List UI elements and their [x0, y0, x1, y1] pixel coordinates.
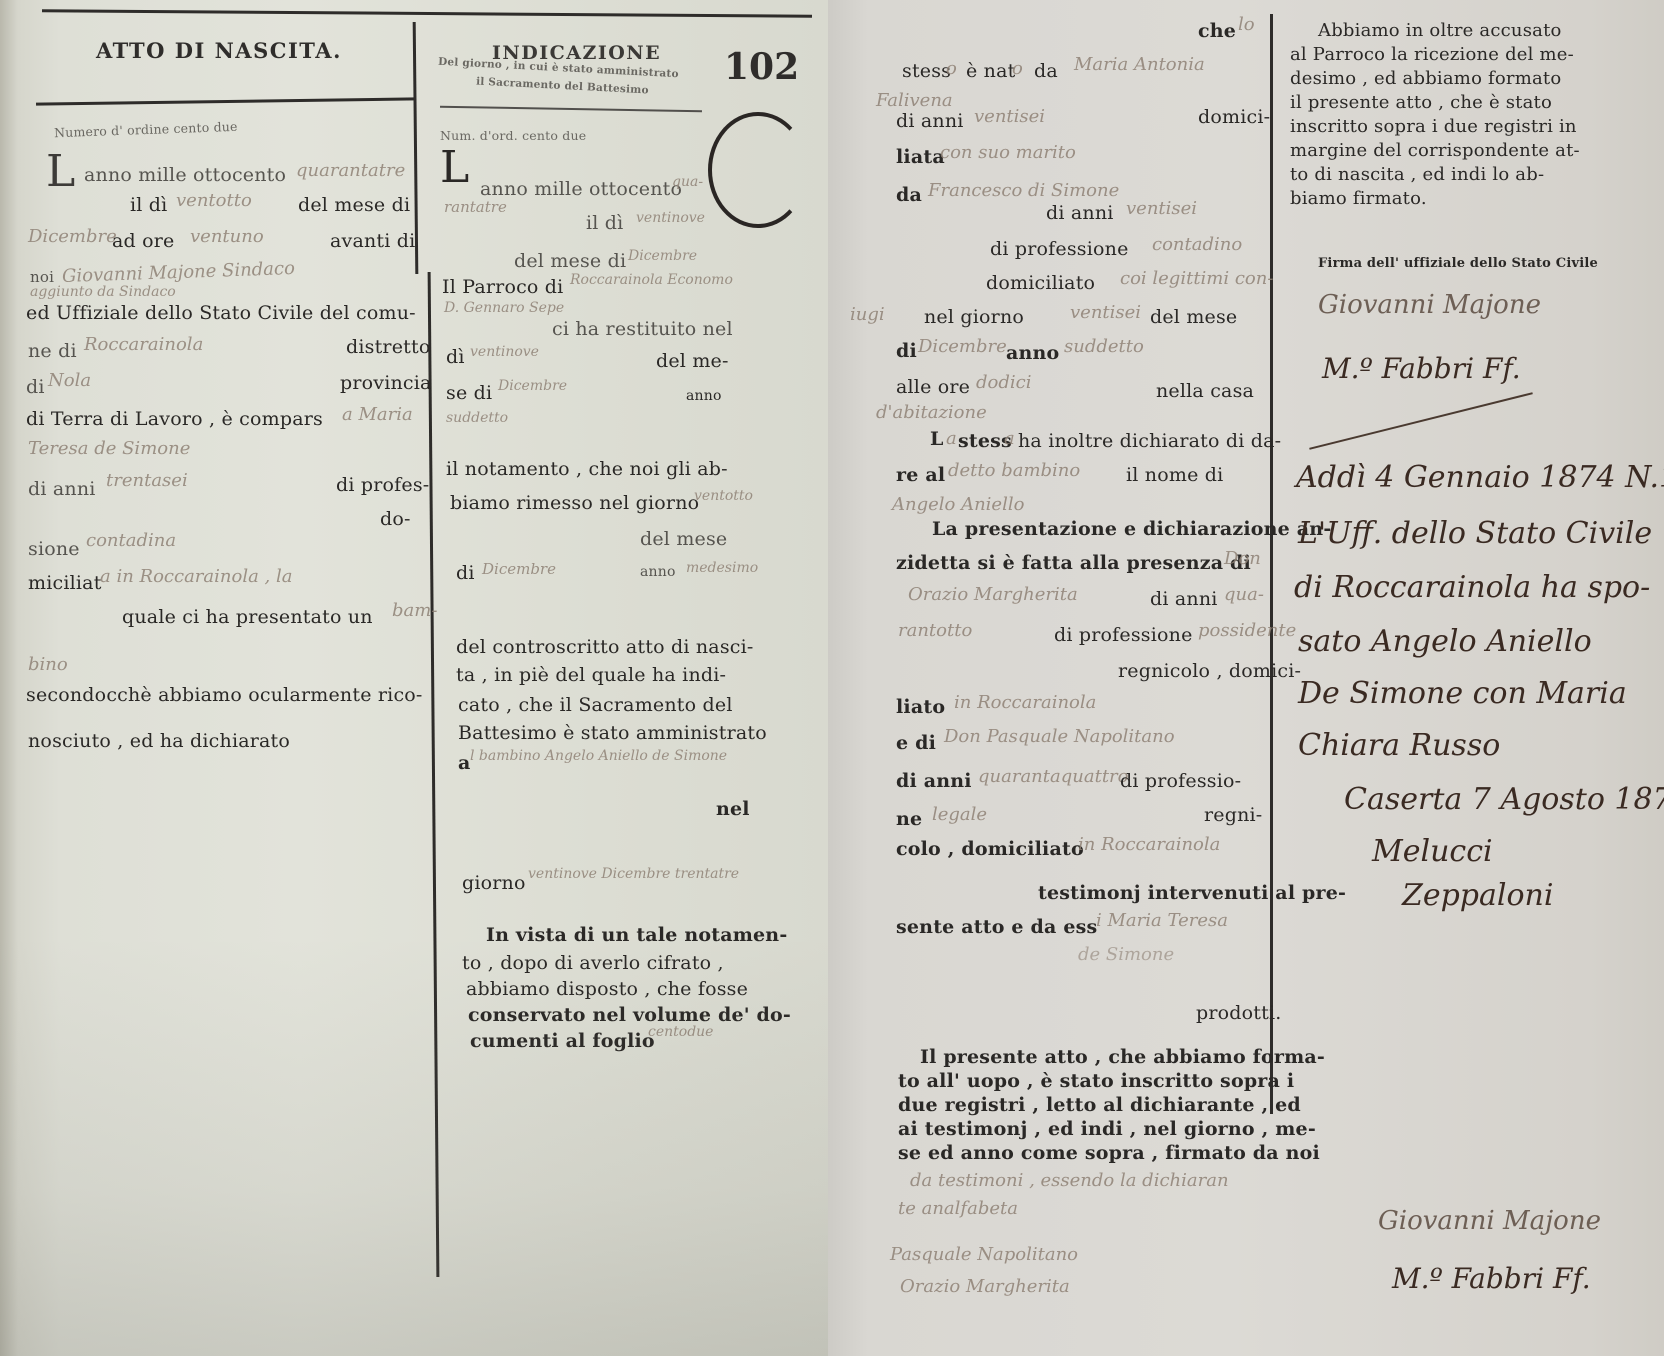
text-line: ci ha restituito nel: [552, 318, 733, 340]
text-line: se ed anno come sopra , firmato da noi: [898, 1142, 1320, 1164]
text-line: del controscritto atto di nasci-: [456, 636, 754, 658]
handwritten-entry: Falivena: [876, 90, 953, 111]
handwritten-entry: aggiunto da Sindaco: [30, 284, 176, 300]
handwritten-entry: con suo marito: [940, 142, 1076, 163]
text-line: sione: [28, 538, 80, 560]
text-line: testimonj intervenuti al pre-: [1038, 882, 1346, 904]
handwritten-entry: in Roccarainola: [1078, 834, 1220, 855]
text-line: che: [1198, 20, 1236, 42]
right-page-birth-register: che lo stess o è nat o da Maria Antonia …: [828, 0, 1664, 1356]
handwritten-entry: Roccarainola: [84, 334, 203, 355]
handwritten-entry: Maria Antonia: [1074, 54, 1205, 75]
text-line: L: [930, 428, 944, 450]
text-line: giorno: [462, 872, 526, 894]
handwritten-entry: iugi: [850, 304, 885, 325]
text-line: liato: [896, 696, 945, 718]
handwritten-entry: dodici: [976, 372, 1031, 393]
header-top-rule: [42, 9, 812, 17]
text-line: to , dopo di averlo cifrato ,: [462, 952, 724, 974]
handwritten-entry: d'abitazione: [876, 402, 987, 423]
official-signature-2: M.º Fabbri Ff.: [1322, 352, 1521, 385]
text-line: ad ore: [112, 230, 175, 252]
indicazione-rule: [440, 106, 702, 113]
handwritten-entry: Pasquale Napolitano: [890, 1244, 1078, 1265]
margin-text-line: biamo firmato.: [1290, 188, 1427, 209]
text-line: di: [26, 376, 45, 398]
column-divider-lower: [428, 272, 440, 1277]
margin-text-line: inscritto sopra i due registri in: [1290, 116, 1577, 137]
handwritten-entry: ventinove: [470, 344, 539, 360]
handwritten-entry: a Maria: [342, 404, 413, 425]
handwritten-entry: quarantatre: [296, 160, 405, 181]
text-line: miciliat: [28, 572, 102, 594]
text-line: anno mille ottocento: [84, 164, 286, 186]
text-line: nosciuto , ed ha dichiarato: [28, 730, 290, 752]
text-line: nel: [716, 798, 750, 820]
text-line: del mese di: [514, 250, 626, 272]
text-line: di anni: [1046, 202, 1114, 224]
handwritten-entry: Dicembre: [28, 226, 117, 247]
handwritten-entry: Dicembre: [498, 378, 567, 394]
text-line: zidetta si è fatta alla presenza di: [896, 552, 1251, 574]
handwritten-entry: qua-: [672, 174, 703, 190]
margin-text-line: al Parroco la ricezione del me-: [1290, 44, 1574, 65]
handwritten-entry: ventisei: [974, 106, 1045, 127]
indicazione-subtitle-2: il Sacramento del Battesimo: [476, 75, 649, 96]
annotation-line: Addì 4 Gennaio 1874 N.1: [1296, 460, 1664, 495]
signature-flourish: [1309, 392, 1533, 450]
bottom-signature-2: M.º Fabbri Ff.: [1392, 1262, 1591, 1295]
text-line: di professione: [990, 238, 1129, 260]
handwritten-entry: te analfabeta: [898, 1198, 1018, 1219]
text-line: domici-: [1198, 106, 1270, 128]
text-line: cumenti al foglio: [470, 1030, 655, 1052]
text-line: Battesimo è stato amministrato: [458, 722, 767, 744]
handwritten-entry: possidente: [1198, 620, 1296, 641]
text-line: abbiamo disposto , che fosse: [466, 978, 748, 1000]
handwritten-entry: bam-: [392, 600, 437, 621]
page-number: 102: [724, 46, 799, 88]
text-line: In vista di un tale notamen-: [486, 924, 787, 946]
handwritten-entry: Nola: [48, 370, 91, 391]
birth-act-title: ATTO DI NASCITA.: [96, 38, 342, 63]
text-line: di: [456, 562, 475, 584]
text-line: anno mille ottocento: [480, 178, 682, 200]
handwritten-entry: quarantaquattro: [978, 766, 1129, 787]
text-line: La presentazione e dichiarazione an-: [932, 518, 1331, 540]
text-line: re al: [896, 464, 945, 486]
handwritten-entry: ventinove Dicembre trentatre: [528, 866, 739, 882]
text-line: do-: [380, 508, 411, 530]
text-line: di professio-: [1120, 770, 1241, 792]
text-line: conservato nel volume de' do-: [468, 1004, 791, 1026]
handwritten-entry: rantatre: [444, 198, 507, 216]
annotation-line: L'Uff. dello Stato Civile: [1298, 516, 1652, 551]
handwritten-entry: a: [946, 428, 957, 449]
handwritten-entry: ventotto: [176, 190, 252, 211]
text-line: avanti di: [330, 230, 415, 252]
text-line: provincia: [340, 372, 432, 394]
handwritten-entry: ventotto: [694, 488, 753, 504]
handwritten-entry: da testimoni , essendo la dichiaran: [910, 1170, 1229, 1191]
handwritten-entry: centodue: [648, 1024, 713, 1040]
text-line: nel giorno: [924, 306, 1024, 328]
handwritten-entry: Don Pasquale Napolitano: [944, 726, 1175, 747]
text-line: due registri , letto al dichiarante , ed: [898, 1094, 1301, 1116]
handwritten-entry: Francesco di Simone: [928, 180, 1119, 201]
handwritten-entry: Giovanni Majone Sindaco: [62, 258, 296, 287]
margin-divider: [1270, 14, 1273, 1114]
text-line: Il presente atto , che abbiamo forma-: [920, 1046, 1325, 1068]
header-bottom-rule: [36, 97, 416, 105]
text-line: di profes-: [336, 474, 429, 496]
text-line: sente atto e da ess: [896, 916, 1097, 938]
text-line: di anni: [896, 110, 964, 132]
text-line: di anni: [1150, 588, 1218, 610]
handwritten-entry: i Maria Teresa: [1096, 910, 1228, 931]
text-line: il dì: [586, 212, 623, 234]
text-line: Il Parroco di: [442, 276, 563, 298]
handwritten-entry: Teresa de Simone: [28, 438, 190, 459]
handwritten-entry: contadino: [1152, 234, 1242, 255]
text-line: anno: [1006, 342, 1059, 364]
handwritten-entry: medesimo: [686, 560, 758, 576]
text-line: di Terra di Lavoro , è compars: [26, 408, 323, 430]
handwritten-entry: l bambino Angelo Aniello de Simone: [470, 748, 727, 764]
text-line: da: [896, 184, 922, 206]
text-line: e di: [896, 732, 936, 754]
margin-text-line: margine del corrispondente at-: [1290, 140, 1580, 161]
text-line: to all' uopo , è stato inscritto sopra i: [898, 1070, 1294, 1092]
circle-mark: [708, 112, 808, 228]
handwritten-entry: Angelo Aniello: [892, 494, 1024, 515]
text-line: dì: [446, 346, 465, 368]
text-line: distretto: [346, 336, 430, 358]
margin-text-line: desimo , ed abbiamo formato: [1290, 68, 1561, 89]
text-line: ta , in piè del quale ha indi-: [456, 664, 726, 686]
handwritten-entry: rantotto: [898, 620, 972, 641]
text-line: ed Uffiziale dello Stato Civile del comu…: [26, 302, 416, 324]
text-line: prodotti.: [1196, 1002, 1281, 1024]
text-line: ne di: [28, 340, 77, 362]
handwritten-entry: D. Gennaro Sepe: [444, 300, 564, 316]
text-line: secondocchè abbiamo ocularmente rico-: [26, 684, 423, 706]
handwritten-entry: legale: [932, 804, 987, 825]
handwritten-entry: trentasei: [106, 470, 188, 491]
text-line: del mese: [1150, 306, 1237, 328]
text-line: regnicolo , domici-: [1118, 660, 1301, 682]
handwritten-entry: ventuno: [190, 226, 264, 247]
text-line: di anni: [896, 770, 972, 792]
text-line: cato , che il Sacramento del: [458, 694, 733, 716]
text-line: di: [896, 340, 917, 362]
handwritten-entry: lo: [1238, 14, 1255, 35]
handwritten-entry: Dicembre: [628, 248, 697, 264]
text-line: del me-: [656, 350, 729, 372]
handwritten-entry: qua-: [1224, 584, 1264, 605]
text-line: ne: [896, 808, 922, 830]
drop-cap-L: L: [440, 146, 469, 190]
handwritten-entry: bino: [28, 654, 68, 675]
text-line: ha inoltre dichiarato di da-: [1018, 430, 1281, 452]
text-line: liata: [896, 146, 945, 168]
annotation-line: Melucci: [1372, 834, 1493, 869]
handwritten-entry: Dicembre: [482, 560, 556, 578]
handwritten-entry: ventinove: [636, 210, 705, 226]
text-line: se di: [446, 382, 492, 404]
annotation-line: Chiara Russo: [1298, 728, 1500, 763]
official-signature-1: Giovanni Majone: [1318, 290, 1541, 320]
handwritten-entry: de Simone: [1078, 944, 1174, 965]
text-line: del mese: [640, 528, 727, 550]
handwritten-entry: Orazio Margherita: [908, 584, 1078, 605]
text-line: stess: [902, 60, 951, 82]
handwritten-entry: o: [946, 58, 957, 79]
handwritten-entry: in Roccarainola: [954, 692, 1096, 713]
indicazione-order-label: Num. d'ord. cento due: [440, 128, 586, 143]
margin-text-line: Abbiamo in oltre accusato: [1318, 20, 1562, 41]
text-line: il nome di: [1126, 464, 1223, 486]
text-line: di anni: [28, 478, 96, 500]
handwritten-entry: ventisei: [1070, 302, 1141, 323]
text-line: nella casa: [1156, 380, 1254, 402]
margin-text-line: to di nascita , ed indi lo ab-: [1290, 164, 1544, 185]
handwritten-entry: Don: [1224, 548, 1261, 569]
text-line: da: [1034, 60, 1058, 82]
handwritten-entry: Orazio Margherita: [900, 1276, 1070, 1297]
text-line: anno: [686, 388, 722, 404]
text-line: il notamento , che noi gli ab-: [446, 458, 728, 480]
annotation-line: De Simone con Maria: [1298, 676, 1627, 711]
annotation-line: Caserta 7 Agosto 1877: [1344, 782, 1664, 817]
text-line: quale ci ha presentato un: [122, 606, 373, 628]
text-line: di professione: [1054, 624, 1193, 646]
text-line: colo , domiciliato: [896, 838, 1084, 860]
left-page-birth-register: ATTO DI NASCITA. INDICAZIONE Del giorno …: [0, 0, 828, 1356]
handwritten-entry: contadina: [86, 530, 176, 551]
handwritten-entry: a in Roccarainola , la: [100, 566, 292, 587]
handwritten-entry: suddetto: [1064, 336, 1144, 357]
text-line: a: [458, 752, 471, 774]
margin-text-line: il presente atto , che è stato: [1290, 92, 1552, 113]
text-line: del mese di: [298, 194, 410, 216]
text-line: il dì: [130, 194, 167, 216]
handwritten-entry: o: [1012, 58, 1023, 79]
text-line: biamo rimesso nel giorno: [450, 492, 699, 514]
text-line: ai testimonj , ed indi , nel giorno , me…: [898, 1118, 1316, 1140]
annotation-line: sato Angelo Aniello: [1298, 624, 1592, 659]
bottom-signature-1: Giovanni Majone: [1378, 1206, 1601, 1236]
text-line: anno: [640, 564, 676, 580]
handwritten-entry: a: [1004, 428, 1015, 449]
text-line: regni-: [1204, 804, 1262, 826]
annotation-line: Zeppaloni: [1402, 878, 1553, 913]
handwritten-entry: Roccarainola Economo: [570, 272, 733, 288]
drop-cap-L: L: [46, 150, 75, 194]
text-line: alle ore: [896, 376, 970, 398]
order-number-label: Numero d' ordine cento due: [54, 119, 238, 140]
handwritten-entry: Dicembre: [918, 336, 1007, 357]
text-line: è nat: [966, 60, 1015, 82]
signature-label: Firma dell' uffiziale dello Stato Civile: [1318, 256, 1598, 271]
handwritten-entry: suddetto: [446, 410, 508, 426]
text-line: domiciliato: [986, 272, 1095, 294]
handwritten-entry: ventisei: [1126, 198, 1197, 219]
handwritten-entry: detto bambino: [948, 460, 1080, 481]
annotation-line: di Roccarainola ha spo-: [1294, 570, 1650, 605]
handwritten-entry: coi legittimi con-: [1120, 268, 1273, 289]
